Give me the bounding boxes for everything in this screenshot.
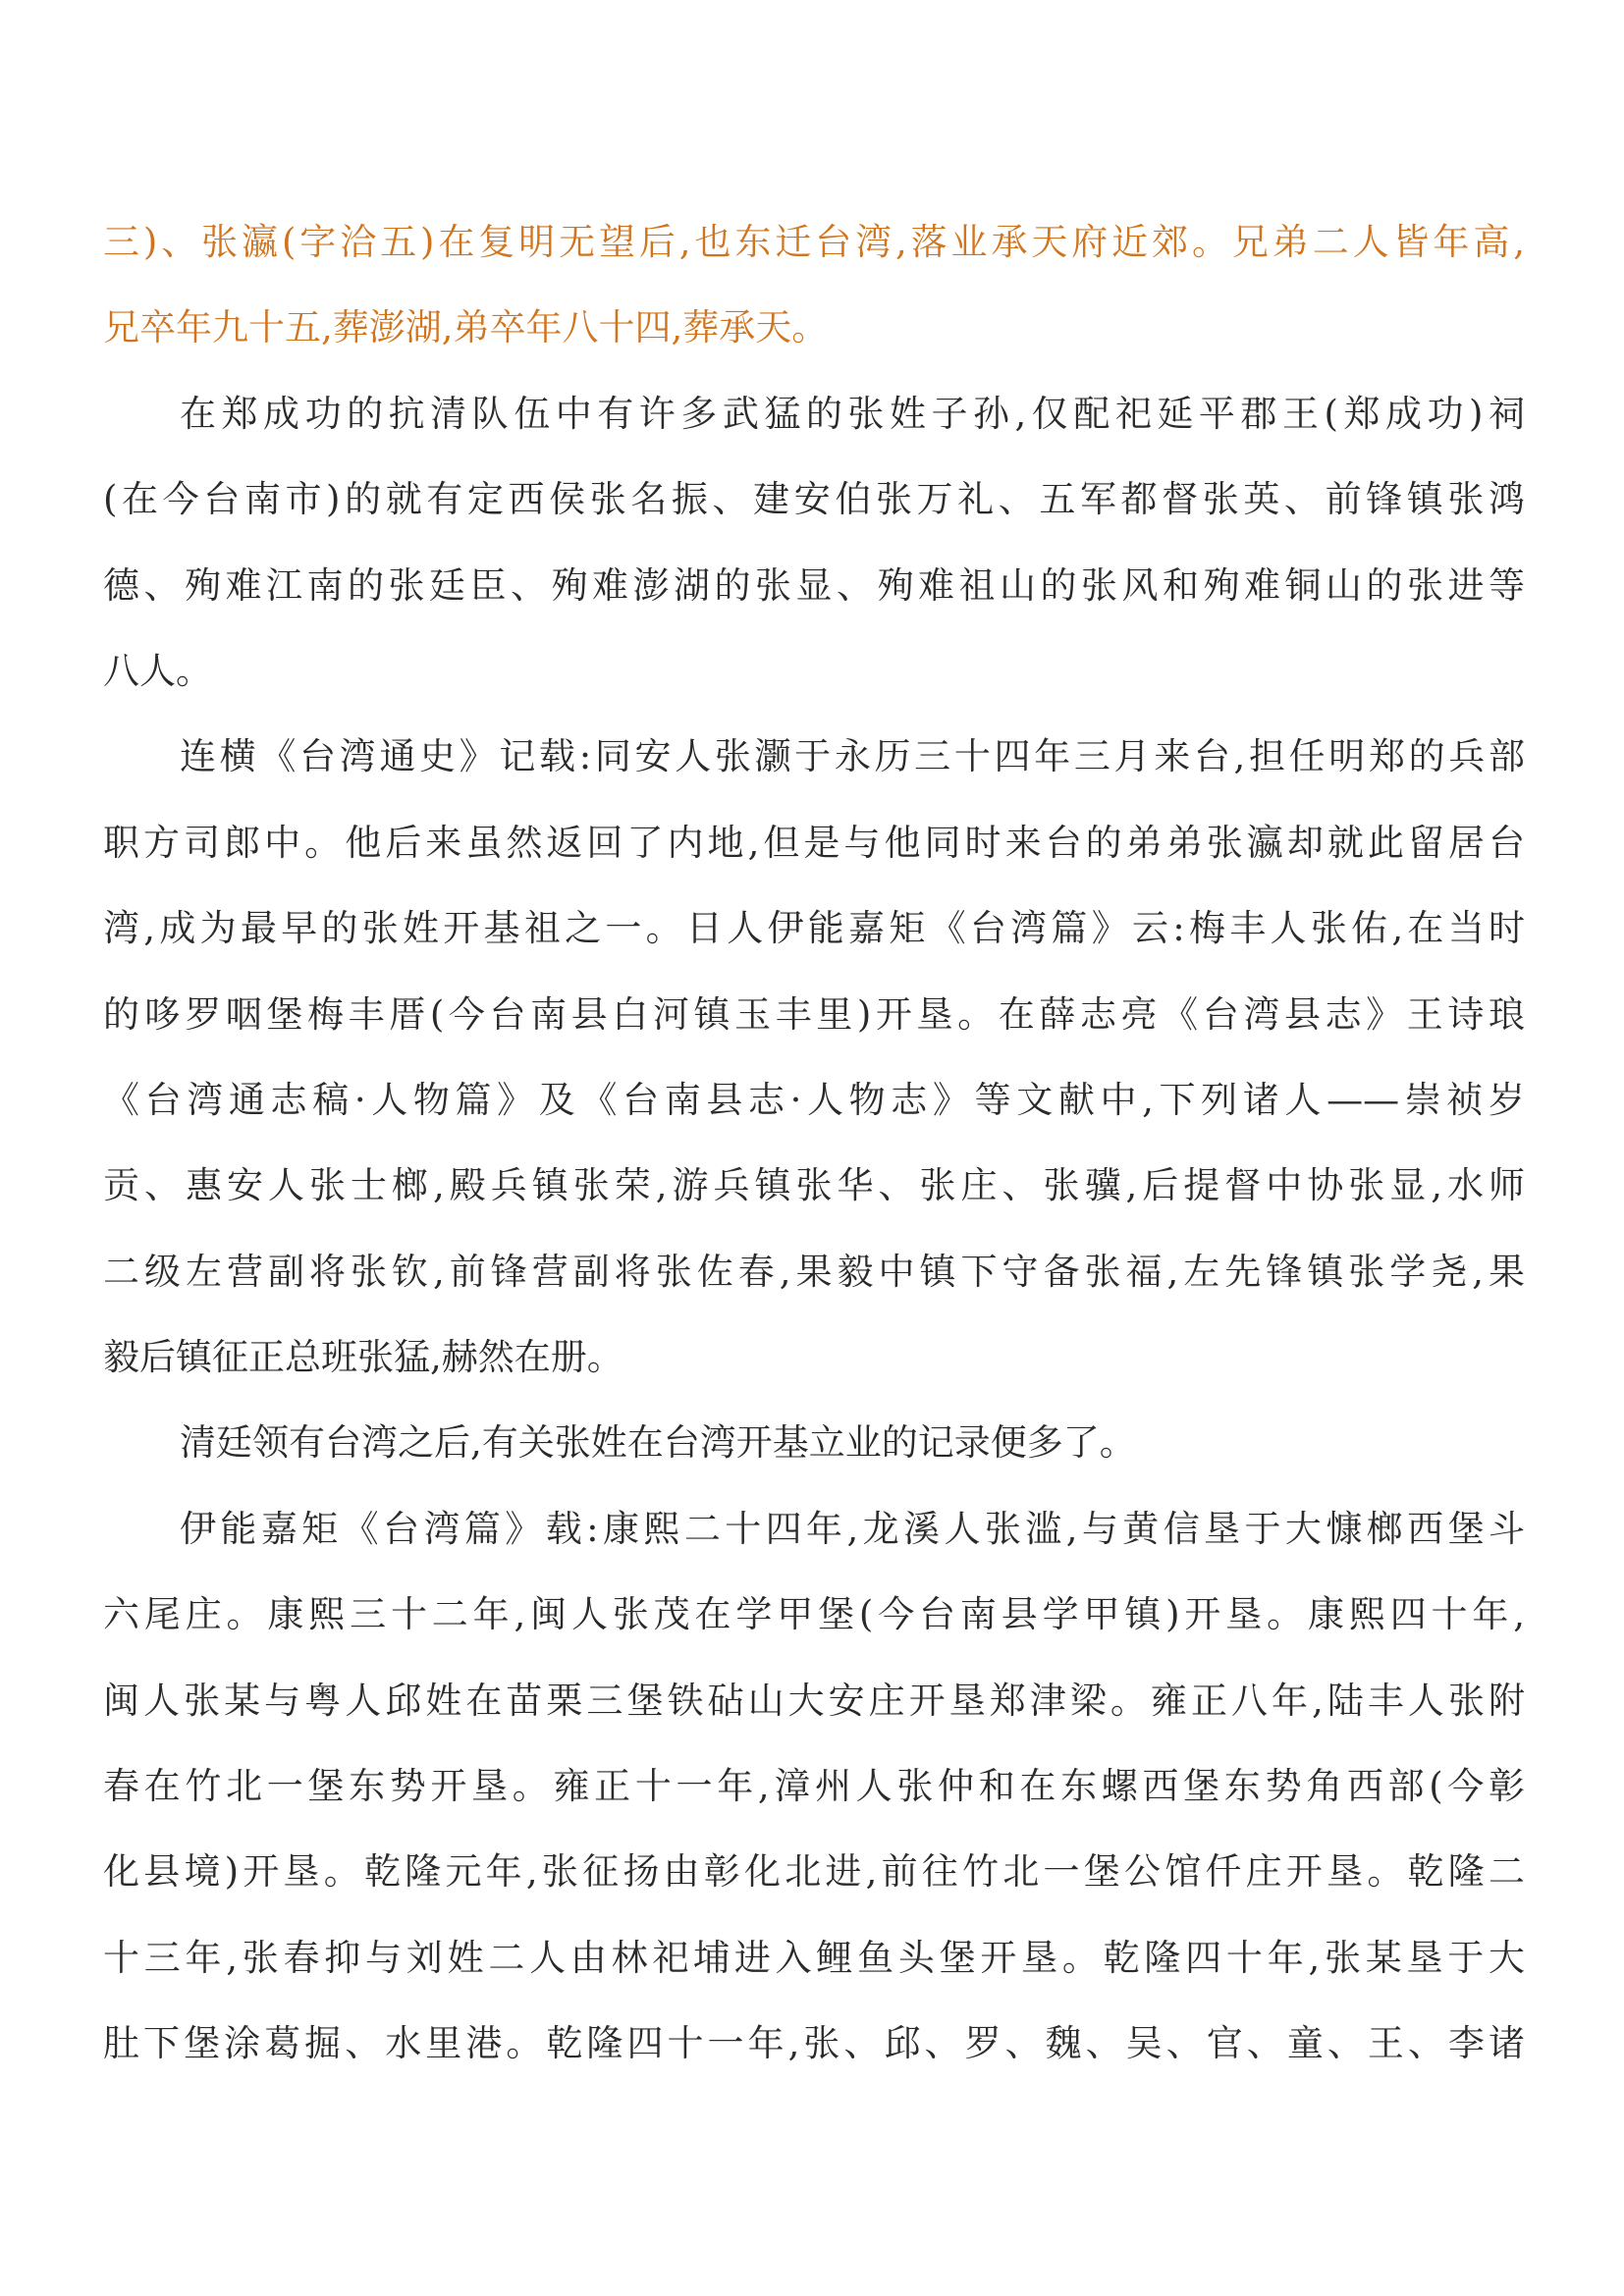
document-page: 三)、张瀛(字洽五)在复明无望后,也东迁台湾,落业承天府近郊。兄弟二人皆年高, … [103, 213, 1525, 2101]
text-line: 六尾庄。康熙三十二年,闽人张茂在学甲堡(今台南县学甲镇)开垦。康熙四十年, [103, 1585, 1525, 1671]
text-line: 的哆罗咽堡梅丰厝(今台南县白河镇玉丰里)开垦。在薛志亮《台湾县志》王诗琅 [103, 986, 1525, 1071]
text-line: 职方司郎中。他后来虽然返回了内地,但是与他同时来台的弟弟张瀛却就此留居台 [103, 814, 1525, 899]
text-line: 贡、惠安人张士榔,殿兵镇张荣,游兵镇张华、张庄、张骥,后提督中协张显,水师 [103, 1156, 1525, 1242]
text-line: 闽人张某与粤人邱姓在苗栗三堡铁砧山大安庄开垦郑津梁。雍正八年,陆丰人张附 [103, 1672, 1525, 1757]
text-line: 德、殉难江南的张廷臣、殉难澎湖的张显、殉难祖山的张风和殉难铜山的张进等 [103, 557, 1525, 642]
text-line: 肚下堡涂葛掘、水里港。乾隆四十一年,张、邱、罗、魏、吴、官、童、王、李诸 [103, 2014, 1525, 2100]
paragraph-lianheng-records: 连横《台湾通史》记载:同安人张灏于永历三十四年三月来台,担任明郑的兵部 职方司郎… [103, 727, 1525, 1414]
text-line: 毅后镇征正总班张猛,赫然在册。 [103, 1328, 1525, 1414]
paragraph-zheng-chenggong-army: 在郑成功的抗清队伍中有许多武猛的张姓子孙,仅配祀延平郡王(郑成功)祠 (在今台南… [103, 385, 1525, 728]
text-line: 湾,成为最早的张姓开基祖之一。日人伊能嘉矩《台湾篇》云:梅丰人张佑,在当时 [103, 899, 1525, 985]
paragraph-highlight-continuation: 三)、张瀛(字洽五)在复明无望后,也东迁台湾,落业承天府近郊。兄弟二人皆年高, … [103, 213, 1525, 385]
text-line: 清廷领有台湾之后,有关张姓在台湾开基立业的记录便多了。 [103, 1414, 1525, 1499]
text-line: 《台湾通志稿·人物篇》及《台南县志·人物志》等文献中,下列诸人——崇祯岁 [103, 1071, 1525, 1156]
text-line: 化县境)开垦。乾隆元年,张征扬由彰化北进,前往竹北一堡公馆仟庄开垦。乾隆二 [103, 1842, 1525, 1928]
text-line: 八人。 [103, 642, 1525, 727]
text-line: 在郑成功的抗清队伍中有许多武猛的张姓子孙,仅配祀延平郡王(郑成功)祠 [103, 385, 1525, 470]
text-line: 二级左营副将张钦,前锋营副将张佐春,果毅中镇下守备张福,左先锋镇张学尧,果 [103, 1243, 1525, 1328]
text-line: 伊能嘉矩《台湾篇》载:康熙二十四年,龙溪人张滥,与黄信垦于大慷榔西堡斗 [103, 1500, 1525, 1585]
text-line: 兄卒年九十五,葬澎湖,弟卒年八十四,葬承天。 [103, 298, 1525, 384]
text-line: (在今台南市)的就有定西侯张名振、建安伯张万礼、五军都督张英、前锋镇张鸿 [103, 470, 1525, 556]
text-line: 连横《台湾通史》记载:同安人张灏于永历三十四年三月来台,担任明郑的兵部 [103, 727, 1525, 813]
text-line: 十三年,张春抑与刘姓二人由林祀埔进入鲤鱼头堡开垦。乾隆四十年,张某垦于大 [103, 1929, 1525, 2014]
text-line: 春在竹北一堡东势开垦。雍正十一年,漳州人张仲和在东螺西堡东势角西部(今彰 [103, 1757, 1525, 1842]
text-line: 三)、张瀛(字洽五)在复明无望后,也东迁台湾,落业承天府近郊。兄弟二人皆年高, [103, 213, 1525, 298]
paragraph-qing-era: 清廷领有台湾之后,有关张姓在台湾开基立业的记录便多了。 [103, 1414, 1525, 1499]
paragraph-ino-kanori-records: 伊能嘉矩《台湾篇》载:康熙二十四年,龙溪人张滥,与黄信垦于大慷榔西堡斗 六尾庄。… [103, 1500, 1525, 2101]
